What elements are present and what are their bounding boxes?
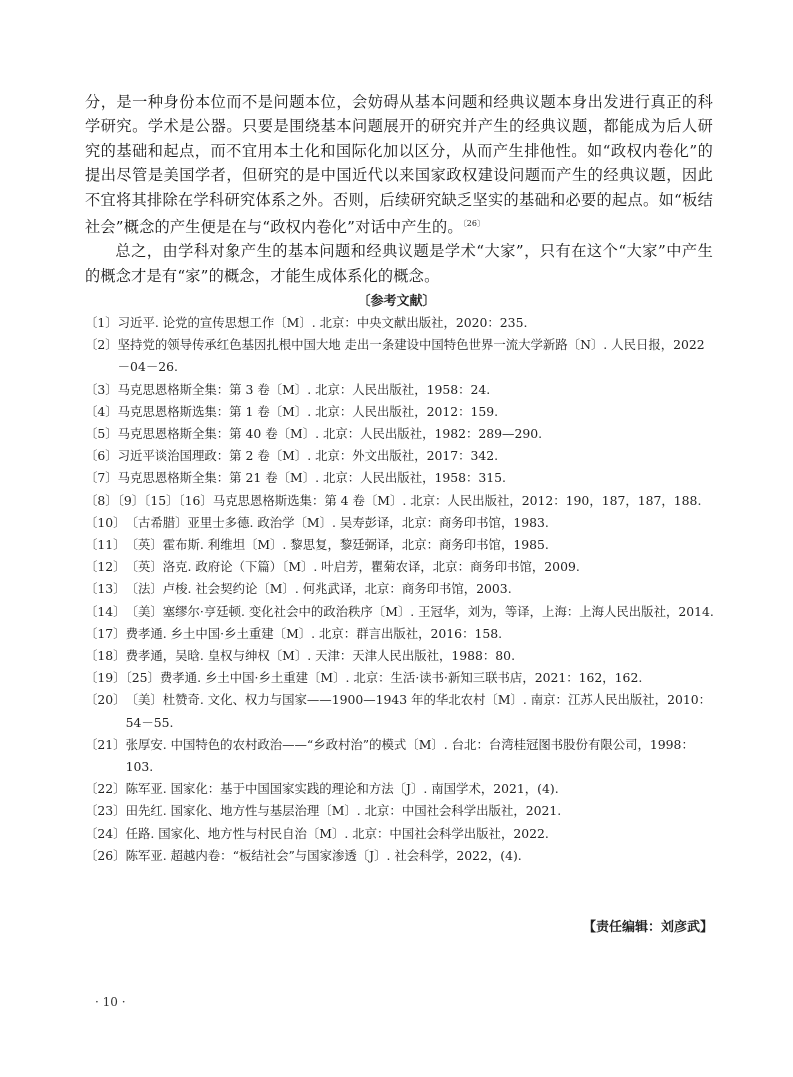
reference-text: 〔美〕杜赞奇. 文化、权力与国家——1900—1943 年的华北农村〔M〕. 南… [126,689,715,733]
reference-number: 〔3〕 [85,379,118,401]
reference-text: 习近平谈治国理政：第 2 卷〔M〕. 北京：外文出版社，2017：342. [118,445,715,467]
reference-number: 〔2〕 [85,334,118,378]
reference-text: 〔美〕塞缪尔·亨廷顿. 变化社会中的政治秩序〔M〕. 王冠华，刘为，等译，上海：… [126,601,715,623]
reference-number: 〔4〕 [85,401,118,423]
reference-item: 〔11〕〔英〕霍布斯. 利维坦〔M〕. 黎思复，黎廷弼译，北京：商务印书馆，19… [85,534,715,556]
reference-number: 〔22〕 [85,778,126,800]
reference-item: 〔26〕陈军亚. 超越内卷：“板结社会”与国家渗透〔J〕. 社会科学，2022，… [85,845,715,867]
reference-item: 〔18〕费孝通，吴晗. 皇权与绅权〔M〕. 天津：天津人民出版社，1988：80… [85,645,715,667]
reference-item: 〔22〕陈军亚. 国家化：基于中国国家实践的理论和方法〔J〕. 南国学术，202… [85,778,715,800]
reference-number: 〔26〕 [85,845,126,867]
reference-item: 〔19〕〔25〕费孝通. 乡土中国·乡土重建〔M〕. 北京：生活·读书·新知三联… [85,667,715,689]
reference-number: 〔17〕 [85,623,126,645]
reference-text: 马克思恩格斯选集：第 4 卷〔M〕. 北京：人民出版社，2012：190，187… [213,490,715,512]
reference-text: 〔英〕霍布斯. 利维坦〔M〕. 黎思复，黎廷弼译，北京：商务印书馆，1985. [126,534,715,556]
reference-item: 〔10〕〔古希腊〕亚里士多德. 政治学〔M〕. 吴寿彭译，北京：商务印书馆，19… [85,512,715,534]
reference-number: 〔19〕〔25〕 [85,667,160,689]
reference-number: 〔1〕 [85,312,118,334]
reference-text: 陈军亚. 国家化：基于中国国家实践的理论和方法〔J〕. 南国学术，2021，(4… [126,778,715,800]
reference-text: 费孝通. 乡土中国·乡土重建〔M〕. 北京：生活·读书·新知三联书店，2021：… [160,667,715,689]
reference-text: 陈军亚. 超越内卷：“板结社会”与国家渗透〔J〕. 社会科学，2022，(4). [126,845,715,867]
reference-number: 〔14〕 [85,601,126,623]
reference-text: 习近平. 论党的宣传思想工作〔M〕. 北京：中央文献出版社，2020：235. [118,312,715,334]
reference-text: 费孝通，吴晗. 皇权与绅权〔M〕. 天津：天津人民出版社，1988：80. [126,645,715,667]
reference-text: 费孝通. 乡土中国·乡土重建〔M〕. 北京：群言出版社，2016：158. [126,623,715,645]
reference-item: 〔4〕马克思恩格斯选集：第 1 卷〔M〕. 北京：人民出版社，2012：159. [85,401,715,423]
reference-number: 〔7〕 [85,467,118,489]
references-heading: 〔参考文献〕 [0,290,793,309]
reference-number: 〔11〕 [85,534,126,556]
reference-number: 〔20〕 [85,689,126,733]
reference-item: 〔5〕马克思恩格斯全集：第 40 卷〔M〕. 北京：人民出版社，1982：289… [85,423,715,445]
reference-item: 〔14〕〔美〕塞缪尔·亨廷顿. 变化社会中的政治秩序〔M〕. 王冠华，刘为，等译… [85,601,715,623]
reference-item: 〔3〕马克思恩格斯全集：第 3 卷〔M〕. 北京：人民出版社，1958：24. [85,379,715,401]
paragraph: 总之，由学科对象产生的基本问题和经典议题是学术“大家”，只有在这个“大家”中产生… [85,239,713,288]
reference-item: 〔8〕〔9〕〔15〕〔16〕马克思恩格斯选集：第 4 卷〔M〕. 北京：人民出版… [85,490,715,512]
citation-marker[interactable]: 〔26〕 [463,219,485,228]
reference-number: 〔8〕〔9〕〔15〕〔16〕 [85,490,213,512]
reference-number: 〔23〕 [85,800,126,822]
reference-text: 张厚安. 中国特色的农村政治——“乡政村治”的模式〔M〕. 台北：台湾桂冠图书股… [126,734,715,778]
responsible-editor: 【责任编辑：刘彦武】 [583,916,713,935]
reference-text: 坚持党的领导传承红色基因扎根中国大地 走出一条建设中国特色世界一流大学新路〔N〕… [118,334,715,378]
reference-text: 马克思恩格斯全集：第 40 卷〔M〕. 北京：人民出版社，1982：289—29… [118,423,715,445]
reference-number: 〔5〕 [85,423,118,445]
reference-item: 〔1〕习近平. 论党的宣传思想工作〔M〕. 北京：中央文献出版社，2020：23… [85,312,715,334]
reference-text: 田先红. 国家化、地方性与基层治理〔M〕. 北京：中国社会科学出版社，2021. [126,800,715,822]
reference-number: 〔12〕 [85,556,126,578]
references-list: 〔1〕习近平. 论党的宣传思想工作〔M〕. 北京：中央文献出版社，2020：23… [85,312,715,867]
reference-number: 〔10〕 [85,512,126,534]
reference-number: 〔13〕 [85,578,126,600]
paragraph-text: 分，是一种身份本位而不是问题本位，会妨碍从基本问题和经典议题本身出发进行真正的科… [85,93,713,236]
page-number: · 10 · [95,995,126,1009]
reference-item: 〔2〕坚持党的领导传承红色基因扎根中国大地 走出一条建设中国特色世界一流大学新路… [85,334,715,378]
reference-item: 〔12〕〔英〕洛克. 政府论（下篇）〔M〕. 叶启芳，瞿菊农译，北京：商务印书馆… [85,556,715,578]
reference-text: 马克思恩格斯全集：第 3 卷〔M〕. 北京：人民出版社，1958：24. [118,379,715,401]
reference-text: 任路. 国家化、地方性与村民自治〔M〕. 北京：中国社会科学出版社，2022. [126,823,715,845]
reference-text: 〔英〕洛克. 政府论（下篇）〔M〕. 叶启芳，瞿菊农译，北京：商务印书馆，200… [126,556,715,578]
reference-number: 〔24〕 [85,823,126,845]
reference-item: 〔21〕张厚安. 中国特色的农村政治——“乡政村治”的模式〔M〕. 台北：台湾桂… [85,734,715,778]
reference-number: 〔21〕 [85,734,126,778]
reference-text: 〔法〕卢梭. 社会契约论〔M〕. 何兆武译，北京：商务印书馆，2003. [126,578,715,600]
reference-item: 〔24〕任路. 国家化、地方性与村民自治〔M〕. 北京：中国社会科学出版社，20… [85,823,715,845]
reference-text: 马克思恩格斯全集：第 21 卷〔M〕. 北京：人民出版社，1958：315. [118,467,715,489]
reference-text: 〔古希腊〕亚里士多德. 政治学〔M〕. 吴寿彭译，北京：商务印书馆，1983. [126,512,715,534]
reference-text: 马克思恩格斯选集：第 1 卷〔M〕. 北京：人民出版社，2012：159. [118,401,715,423]
reference-item: 〔20〕〔美〕杜赞奇. 文化、权力与国家——1900—1943 年的华北农村〔M… [85,689,715,733]
reference-item: 〔6〕习近平谈治国理政：第 2 卷〔M〕. 北京：外文出版社，2017：342. [85,445,715,467]
paragraph: 分，是一种身份本位而不是问题本位，会妨碍从基本问题和经典议题本身出发进行真正的科… [85,90,713,239]
body-text: 分，是一种身份本位而不是问题本位，会妨碍从基本问题和经典议题本身出发进行真正的科… [85,90,713,288]
reference-item: 〔17〕费孝通. 乡土中国·乡土重建〔M〕. 北京：群言出版社，2016：158… [85,623,715,645]
reference-number: 〔18〕 [85,645,126,667]
reference-number: 〔6〕 [85,445,118,467]
reference-item: 〔23〕田先红. 国家化、地方性与基层治理〔M〕. 北京：中国社会科学出版社，2… [85,800,715,822]
reference-item: 〔13〕〔法〕卢梭. 社会契约论〔M〕. 何兆武译，北京：商务印书馆，2003. [85,578,715,600]
reference-item: 〔7〕马克思恩格斯全集：第 21 卷〔M〕. 北京：人民出版社，1958：315… [85,467,715,489]
